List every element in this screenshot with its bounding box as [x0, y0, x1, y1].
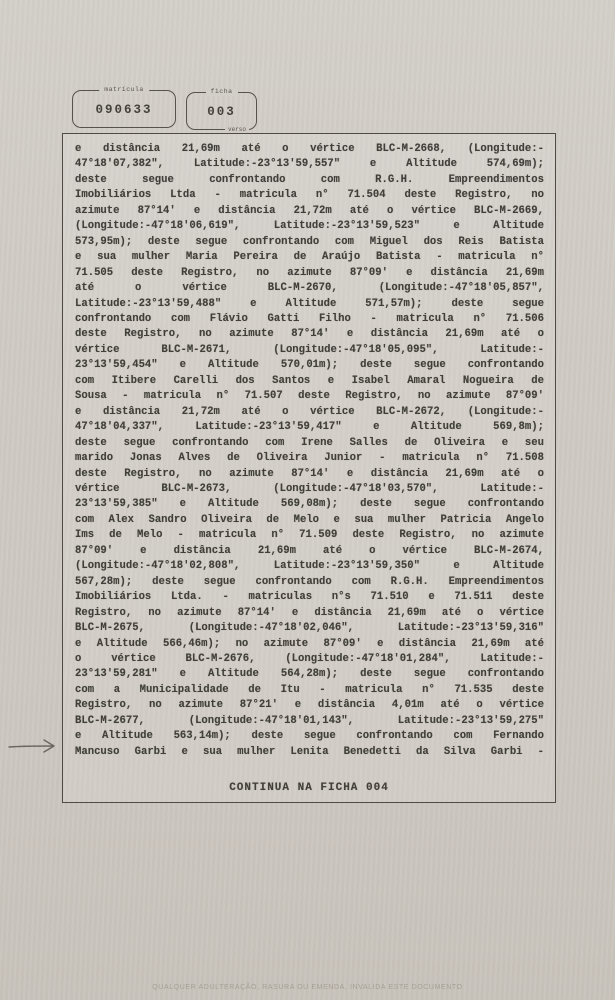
verso-label: verso — [225, 126, 249, 133]
text-line: o vértice BLC-M-2676, (Longitude:-47°18'… — [75, 652, 544, 667]
text-line: 23°13'59,454" e Altitude 570,01m); deste… — [75, 358, 544, 373]
text-line: e sua mulher Maria Pereira de Araújo Bat… — [75, 250, 544, 265]
text-line: com Alex Sandro Oliveira de Melo e sua m… — [75, 513, 544, 528]
text-line: Imobiliários Ltda - matricula n° 71.504 … — [75, 188, 544, 203]
ficha-value: 003 — [187, 105, 256, 119]
text-line: 87°09' e distância 21,69m até o vértice … — [75, 544, 544, 559]
margin-arrow-icon — [6, 735, 62, 757]
continuation-notice: CONTINUA NA FICHA 004 — [63, 782, 555, 794]
text-line: Imobiliários Ltda. - matriculas n°s 71.5… — [75, 590, 544, 605]
text-line: vértice BLC-M-2673, (Longitude:-47°18'03… — [75, 482, 544, 497]
ficha-label: ficha — [205, 88, 237, 96]
text-line: (Longitude:-47°18'02,808", Latitude:-23°… — [75, 559, 544, 574]
text-line: confrontando com Flávio Gatti Filho - ma… — [75, 312, 544, 327]
text-line: 567,28m); deste segue confrontando com R… — [75, 575, 544, 590]
matricula-label: matrícula — [99, 86, 149, 94]
text-line: com a Municipalidade de Itu - matricula … — [75, 683, 544, 698]
text-line: Latitude:-23°13'59,488" e Altitude 571,5… — [75, 297, 544, 312]
text-line: vértice BLC-M-2671, (Longitude:-47°18'05… — [75, 343, 544, 358]
text-line: e distância 21,72m até o vértice BLC-M-2… — [75, 405, 544, 420]
matricula-box: matrícula 090633 — [72, 90, 176, 128]
footer-warning: QUALQUER ADULTERAÇÃO, RASURA OU EMENDA, … — [0, 984, 615, 991]
text-line: BLC-M-2677, (Longitude:-47°18'01,143", L… — [75, 714, 544, 729]
text-line: azimute 87°14' e distância 21,72m até o … — [75, 204, 544, 219]
text-line: BLC-M-2675, (Longitude:-47°18'02,046", L… — [75, 621, 544, 636]
text-line: deste Registro, no azimute 87°14' e dist… — [75, 467, 544, 482]
text-line: Sousa - matricula n° 71.507 deste Regist… — [75, 389, 544, 404]
text-line: 47°18'07,382", Latitude:-23°13'59,557" e… — [75, 157, 544, 172]
document-body-frame: e distância 21,69m até o vértice BLC-M-2… — [62, 133, 556, 803]
text-line: com Itibere Carelli dos Santos e Isabel … — [75, 374, 544, 389]
text-line: (Longitude:-47°18'06,619", Latitude:-23°… — [75, 219, 544, 234]
scanned-document-page: matrícula 090633 ficha 003 verso e distâ… — [0, 0, 615, 1000]
text-line: e Altitude 563,14m); deste segue confron… — [75, 729, 544, 744]
text-line: 573,95m); deste segue confrontando com M… — [75, 235, 544, 250]
text-line: deste Registro, no azimute 87°14' e dist… — [75, 327, 544, 342]
text-line: 47°18'04,337", Latitude:-23°13'59,417" e… — [75, 420, 544, 435]
text-line: 23°13'59,385" e Altitude 569,08m); deste… — [75, 497, 544, 512]
text-line: até o vértice BLC-M-2670, (Longitude:-47… — [75, 281, 544, 296]
text-line: e distância 21,69m até o vértice BLC-M-2… — [75, 142, 544, 157]
text-line: 71.505 deste Registro, no azimute 87°09'… — [75, 266, 544, 281]
text-line: e Altitude 566,46m); no azimute 87°09' e… — [75, 637, 544, 652]
text-line: 23°13'59,281" e Altitude 564,28m); deste… — [75, 667, 544, 682]
text-line: deste segue confrontando com Irene Salle… — [75, 436, 544, 451]
text-line: Ims de Melo - matricula n° 71.509 deste … — [75, 528, 544, 543]
text-line: Registro, no azimute 87°14' e distância … — [75, 606, 544, 621]
document-text: e distância 21,69m até o vértice BLC-M-2… — [75, 142, 544, 760]
text-line: Registro, no azimute 87°21' e distância … — [75, 698, 544, 713]
matricula-value: 090633 — [73, 103, 175, 117]
text-line: marido Jonas Alves de Oliveira Junior - … — [75, 451, 544, 466]
text-line: Mancuso Garbi e sua mulher Lenita Benede… — [75, 745, 544, 760]
text-line: deste segue confrontando com R.G.H. Empr… — [75, 173, 544, 188]
ficha-box: ficha 003 verso — [186, 92, 257, 130]
